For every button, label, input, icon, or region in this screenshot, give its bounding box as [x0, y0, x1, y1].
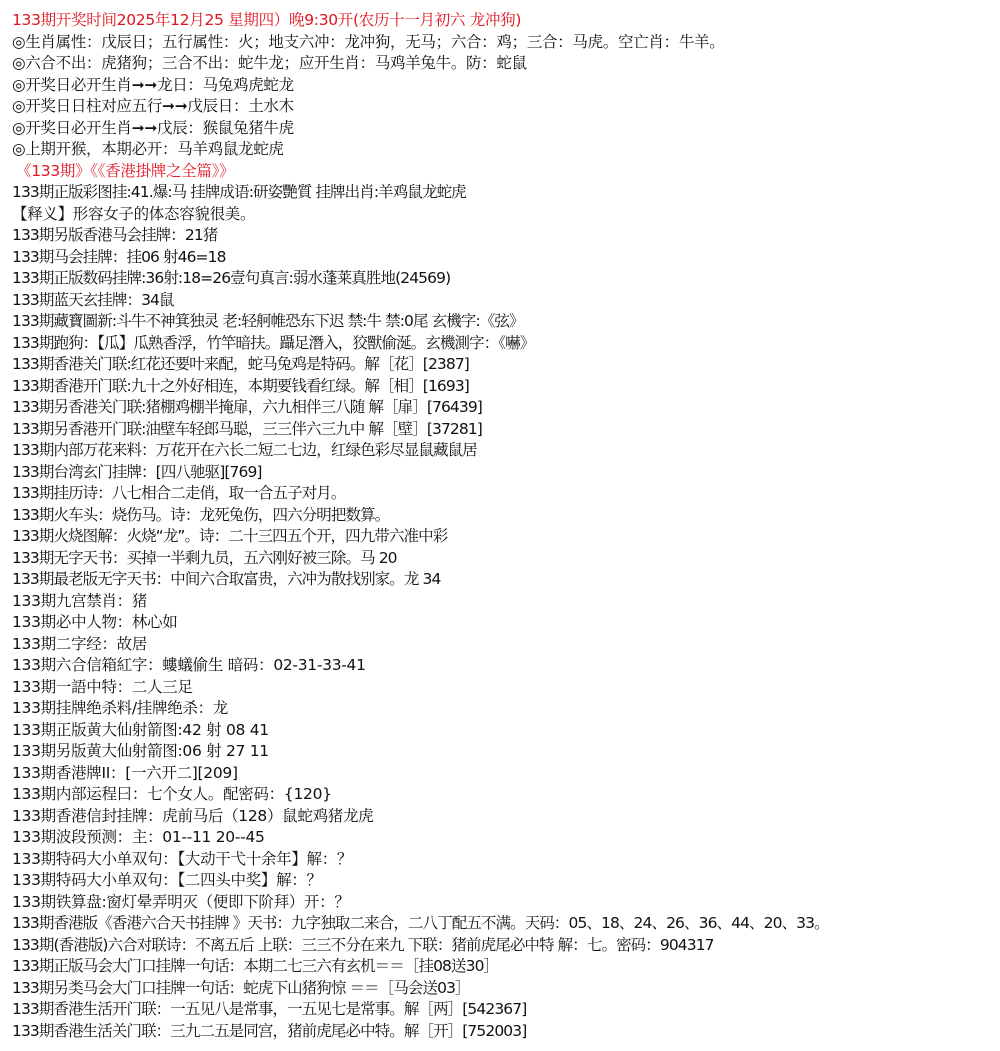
entry-line: 133期火烧图解：火烧“龙”。诗：二十三四五个开，四九带六准中彩 — [12, 526, 1000, 548]
entry-line: 133期铁算盘:窗灯晕弄明灭（便即下阶拜）开：？ — [12, 892, 1000, 914]
entry-line: 133期马会挂牌：挂06 射46=18 — [12, 247, 1000, 269]
entry-line: 133期必中人物：林心如 — [12, 612, 1000, 634]
section-title: 《133期》《《香港掛牌之全篇》》 — [12, 161, 1000, 183]
entry-line: 133期特码大小单双句：【大动干弋十余年】解：？ — [12, 849, 1000, 871]
attribute-line: ◎开奖日日柱对应五行➞➞戊辰日：土水木 — [12, 96, 1000, 118]
entry-line: 133期跑狗：【瓜】瓜熟香浮，竹竿暗扶。躡足潛入，狡獸偷涎。玄機測字：《嚇》 — [12, 333, 1000, 355]
entry-line: 133期火车头：烧伤马。诗：龙死兔伤，四六分明把数算。 — [12, 505, 1000, 527]
entry-line: 133期香港牌II：[一六开二][209] — [12, 763, 1000, 785]
entry-line: 133期最老版无字天书：中间六合取富贵，六冲为散找别家。龙 34 — [12, 569, 1000, 591]
entry-line: 133期香港生活关门联：三九二五是同宫，猪前虎尾必中特。解［开］[752003] — [12, 1021, 1000, 1043]
entry-line: 133期二字经：故居 — [12, 634, 1000, 656]
attribute-line: ◎开奖日必开生肖➞➞戊辰：猴鼠兔猪牛虎 — [12, 118, 1000, 140]
entry-line: 133期另类马会大门口挂牌一句话：蛇虎下山猪狗惊 ＝＝［马会送03］ — [12, 978, 1000, 1000]
attribute-line: ◎六合不出：虎猪狗；三合不出：蛇牛龙；应开生肖：马鸡羊兔牛。防：蛇鼠 — [12, 53, 1000, 75]
entry-line: 133期香港生活开门联：一五见八是常事，一五见七是常事。解［两］[542367] — [12, 999, 1000, 1021]
entry-line: 133期香港信封挂牌：虎前马后（128）鼠蛇鸡猪龙虎 — [12, 806, 1000, 828]
entry-line: 133期香港版《香港六合天书挂牌 》天书：九字独取二来合，二八丁配五不满。天码：… — [12, 913, 1000, 935]
entry-line: 133期无字天书：买掉一半剩九员，五六刚好被三除。马 20 — [12, 548, 1000, 570]
entry-line: 133期九宫禁肖：猪 — [12, 591, 1000, 613]
entry-line: 133期另香港开门联:油壁车轻郎马聪，三三伴六三九中 解［壁］[37281] — [12, 419, 1000, 441]
entry-line: 133期波段预测：主：01--11 20--45 — [12, 827, 1000, 849]
entry-line: 133期另香港关门联:猪棚鸡棚半掩扉，六九相伴三八随 解［扉］[76439] — [12, 397, 1000, 419]
attribute-line: ◎上期开猴，本期必开：马羊鸡鼠龙蛇虎 — [12, 139, 1000, 161]
entries-list: 133期正版彩图挂:41.爆:马 挂牌成语:研姿艷質 挂牌出肖:羊鸡鼠龙蛇虎 【… — [12, 182, 1000, 1042]
entry-line: 133期特码大小单双句：【二四头中奖】解：？ — [12, 870, 1000, 892]
entry-line: 133期藏寶圖新:斗牛不神箕独灵 老:轻舸帷恐东下迟 禁:牛 禁:0尾 玄機字:… — [12, 311, 1000, 333]
entry-line: 133期(香港版)六合对联诗：不离五后 上联：三三不分在来九 下联：猪前虎尾必中… — [12, 935, 1000, 957]
entry-line: 133期香港开门联:九十之外好相连，本期要钱看红绿。解［相］[1693] — [12, 376, 1000, 398]
entry-line: 133期正版彩图挂:41.爆:马 挂牌成语:研姿艷質 挂牌出肖:羊鸡鼠龙蛇虎 — [12, 182, 1000, 204]
entry-line: 133期挂牌绝杀料/挂牌绝杀：龙 — [12, 698, 1000, 720]
draw-time-title: 133期开奖时间2025年12月25 星期四）晚9:30开(农历十一月初六 龙冲… — [12, 10, 1000, 32]
entry-line: 133期挂历诗：八七相合二走俏，取一合五子对月。 — [12, 483, 1000, 505]
entry-line: 133期内部运程曰：七个女人。配密码：{120} — [12, 784, 1000, 806]
entry-line: 133期香港关门联:红花还要叶来配，蛇马兔鸡是特码。解［花］[2387] — [12, 354, 1000, 376]
entry-line: 【释义】形容女子的体态容貌很美。 — [12, 204, 1000, 226]
document-page: 133期开奖时间2025年12月25 星期四）晚9:30开(农历十一月初六 龙冲… — [0, 0, 1000, 1042]
entry-line: 133期台湾玄门挂牌：[四八驰驱][769] — [12, 462, 1000, 484]
entry-line: 133期六合信箱紅字：螻蟻偷生 暗码：02-31-33-41 — [12, 655, 1000, 677]
entry-line: 133期内部万花来料：万花开在六长二短二七边，红绿色彩尽显鼠藏鼠居 — [12, 440, 1000, 462]
attribute-line: ◎开奖日必开生肖➞➞龙日：马兔鸡虎蛇龙 — [12, 75, 1000, 97]
entry-line: 133期另版香港马会挂牌：21猪 — [12, 225, 1000, 247]
attribute-line: ◎生肖属性：戊辰日；五行属性：火；地支六冲：龙冲狗，无马；六合：鸡；三合：马虎。… — [12, 32, 1000, 54]
entry-line: 133期一語中特：二人三足 — [12, 677, 1000, 699]
entry-line: 133期另版黄大仙射箭图:06 射 27 11 — [12, 741, 1000, 763]
entry-line: 133期正版数码挂牌:36射:18=26壹句真言:弱水蓬莱真胜地(24569) — [12, 268, 1000, 290]
entry-line: 133期正版马会大门口挂牌一句话：本期二七三六有玄机＝＝［挂08送30］ — [12, 956, 1000, 978]
attributes-block: ◎生肖属性：戊辰日；五行属性：火；地支六冲：龙冲狗，无马；六合：鸡；三合：马虎。… — [12, 32, 1000, 161]
entry-line: 133期蓝天玄挂牌：34鼠 — [12, 290, 1000, 312]
entry-line: 133期正版黄大仙射箭图:42 射 08 41 — [12, 720, 1000, 742]
